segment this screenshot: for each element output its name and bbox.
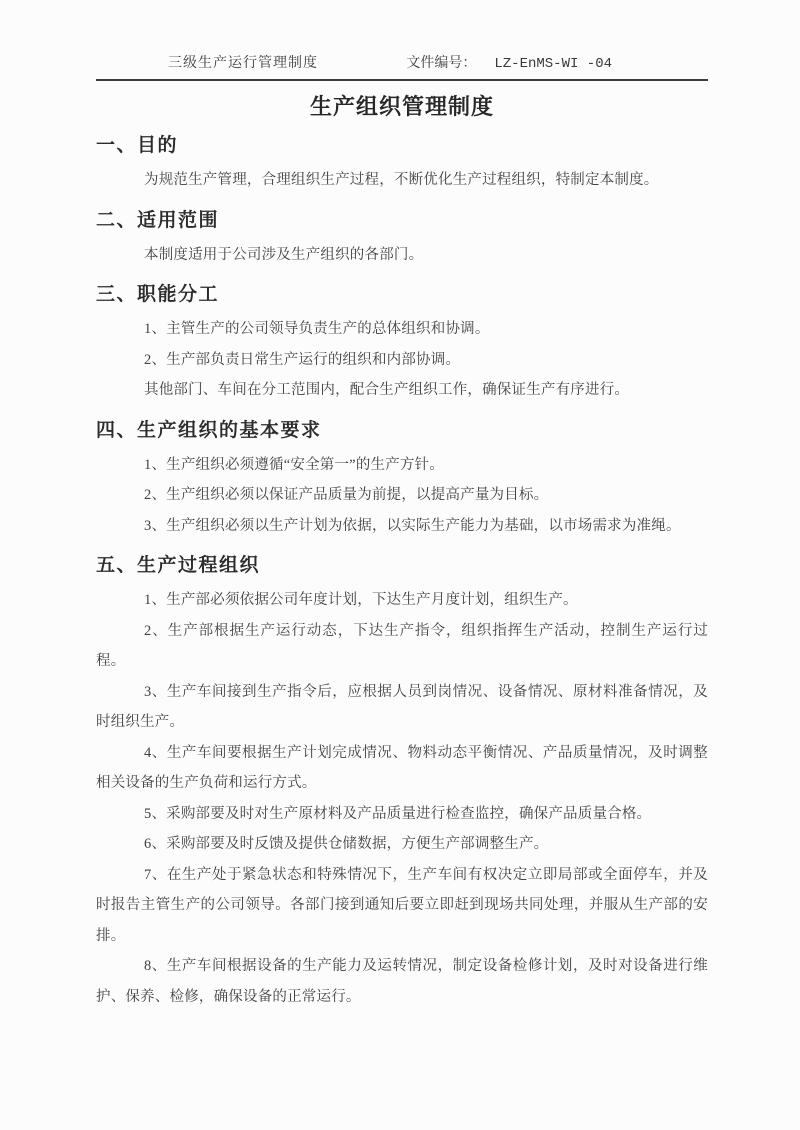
paragraph: 8、生产车间根据设备的生产能力及运转情况，制定设备检修计划，及时对设备进行维护、… [96,951,708,1012]
paragraph: 2、生产部根据生产运行动态，下达生产指令，组织指挥生产活动，控制生产运行过程。 [96,616,708,677]
paragraph: 6、采购部要及时反馈及提供仓储数据，方便生产部调整生产。 [96,829,708,860]
doc-number-label: 文件编号： [406,52,476,72]
paragraph: 5、采购部要及时对生产原材料及产品质量进行检查监控，确保产品质量合格。 [96,799,708,830]
document-title: 生产组织管理制度 [96,93,708,121]
paragraph: 3、生产车间接到生产指令后，应根据人员到岗情况、设备情况、原材料准备情况，及时组… [96,677,708,738]
paragraph: 其他部门、车间在分工范围内，配合生产组织工作，确保证生产有序进行。 [96,375,708,406]
section-duties: 三、职能分工 1、主管生产的公司领导负责生产的总体组织和协调。 2、生产部负责日… [96,283,708,406]
page-header: 三级生产运行管理制度 文件编号： LZ-EnMS-WI -04 [96,52,708,81]
paragraph: 为规范生产管理，合理组织生产过程，不断优化生产过程组织，特制定本制度。 [96,165,708,196]
document-page: 三级生产运行管理制度 文件编号： LZ-EnMS-WI -04 生产组织管理制度… [0,0,800,1130]
doc-number-value: LZ-EnMS-WI -04 [494,56,612,72]
section-heading-process-organization: 五、生产过程组织 [96,554,708,578]
paragraph: 1、生产部必须依据公司年度计划，下达生产月度计划，组织生产。 [96,585,708,616]
section-scope: 二、适用范围 本制度适用于公司涉及生产组织的各部门。 [96,209,708,271]
paragraph: 4、生产车间要根据生产计划完成情况、物料动态平衡情况、产品质量情况，及时调整相关… [96,738,708,799]
section-heading-duties: 三、职能分工 [96,283,708,307]
paragraph: 2、生产组织必须以保证产品质量为前提，以提高产量为目标。 [96,480,708,511]
section-process-organization: 五、生产过程组织 1、生产部必须依据公司年度计划，下达生产月度计划，组织生产。 … [96,554,708,1012]
paragraph: 本制度适用于公司涉及生产组织的各部门。 [96,240,708,271]
section-purpose: 一、目的 为规范生产管理，合理组织生产过程，不断优化生产过程组织，特制定本制度。 [96,134,708,196]
paragraph: 3、生产组织必须以生产计划为依据，以实际生产能力为基础，以市场需求为准绳。 [96,511,708,542]
paragraph: 1、生产组织必须遵循“安全第一”的生产方针。 [96,450,708,481]
section-heading-purpose: 一、目的 [96,134,708,158]
section-heading-basic-requirements: 四、生产组织的基本要求 [96,419,708,443]
section-basic-requirements: 四、生产组织的基本要求 1、生产组织必须遵循“安全第一”的生产方针。 2、生产组… [96,419,708,542]
paragraph: 7、在生产处于紧急状态和特殊情况下，生产车间有权决定立即局部或全面停车，并及时报… [96,860,708,952]
header-doc-type: 三级生产运行管理制度 [168,52,318,72]
paragraph: 2、生产部负责日常生产运行的组织和内部协调。 [96,345,708,376]
header-doc-number-group: 文件编号： LZ-EnMS-WI -04 [406,52,612,72]
paragraph: 1、主管生产的公司领导负责生产的总体组织和协调。 [96,314,708,345]
section-heading-scope: 二、适用范围 [96,209,708,233]
